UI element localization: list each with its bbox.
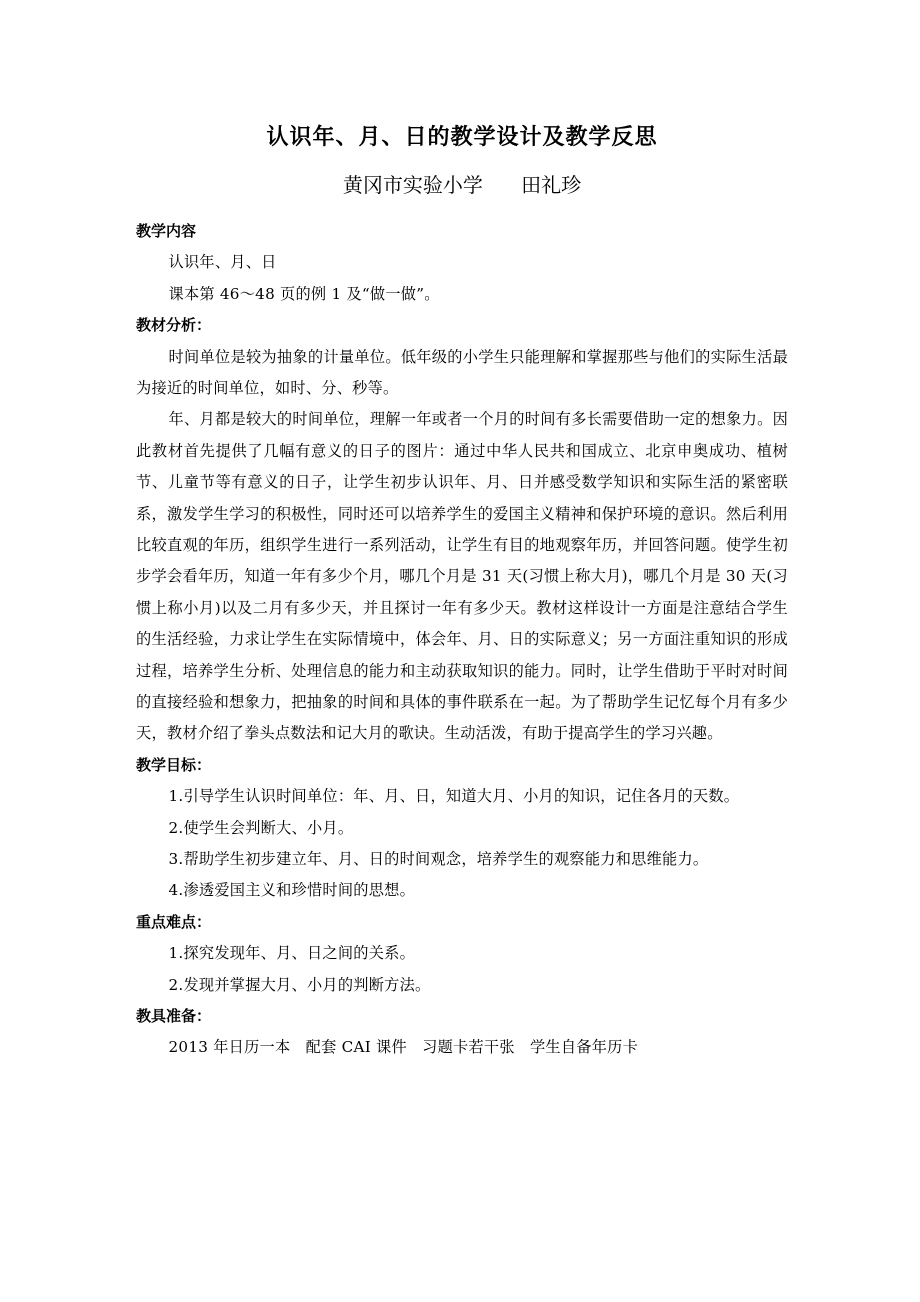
author-byline: 黄冈市实验小学 田礼珍 [136,172,788,198]
goal-item: 1.引导学生认识时间单位：年、月、日，知道大月、小月的知识，记住各月的天数。 [136,781,788,812]
heading-material-analysis: 教材分析： [136,310,788,341]
goal-item: 4.渗透爱国主义和珍惜时间的思想。 [136,875,788,906]
content-line: 课本第 46～48 页的例 1 及“做一做”。 [136,279,788,310]
heading-key-points: 重点难点： [136,907,788,938]
document-body: 教学内容 认识年、月、日 课本第 46～48 页的例 1 及“做一做”。 教材分… [136,216,788,1064]
key-point-item: 1.探究发现年、月、日之间的关系。 [136,938,788,969]
content-line: 认识年、月、日 [136,247,788,278]
analysis-paragraph: 时间单位是较为抽象的计量单位。低年级的小学生只能理解和掌握那些与他们的实际生活最… [136,342,788,405]
goal-item: 2.使学生会判断大、小月。 [136,813,788,844]
heading-teaching-goals: 教学目标： [136,750,788,781]
heading-teaching-content: 教学内容 [136,216,788,247]
document-title: 认识年、月、日的教学设计及教学反思 [136,124,788,152]
materials-line: 2013 年日历一本 配套 CAI 课件 习题卡若干张 学生自备年历卡 [136,1032,788,1063]
heading-materials: 教具准备： [136,1001,788,1032]
analysis-paragraph: 年、月都是较大的时间单位，理解一年或者一个月的时间有多长需要借助一定的想象力。因… [136,404,788,749]
goal-item: 3.帮助学生初步建立年、月、日的时间观念，培养学生的观察能力和思维能力。 [136,844,788,875]
key-point-item: 2.发现并掌握大月、小月的判断方法。 [136,970,788,1001]
